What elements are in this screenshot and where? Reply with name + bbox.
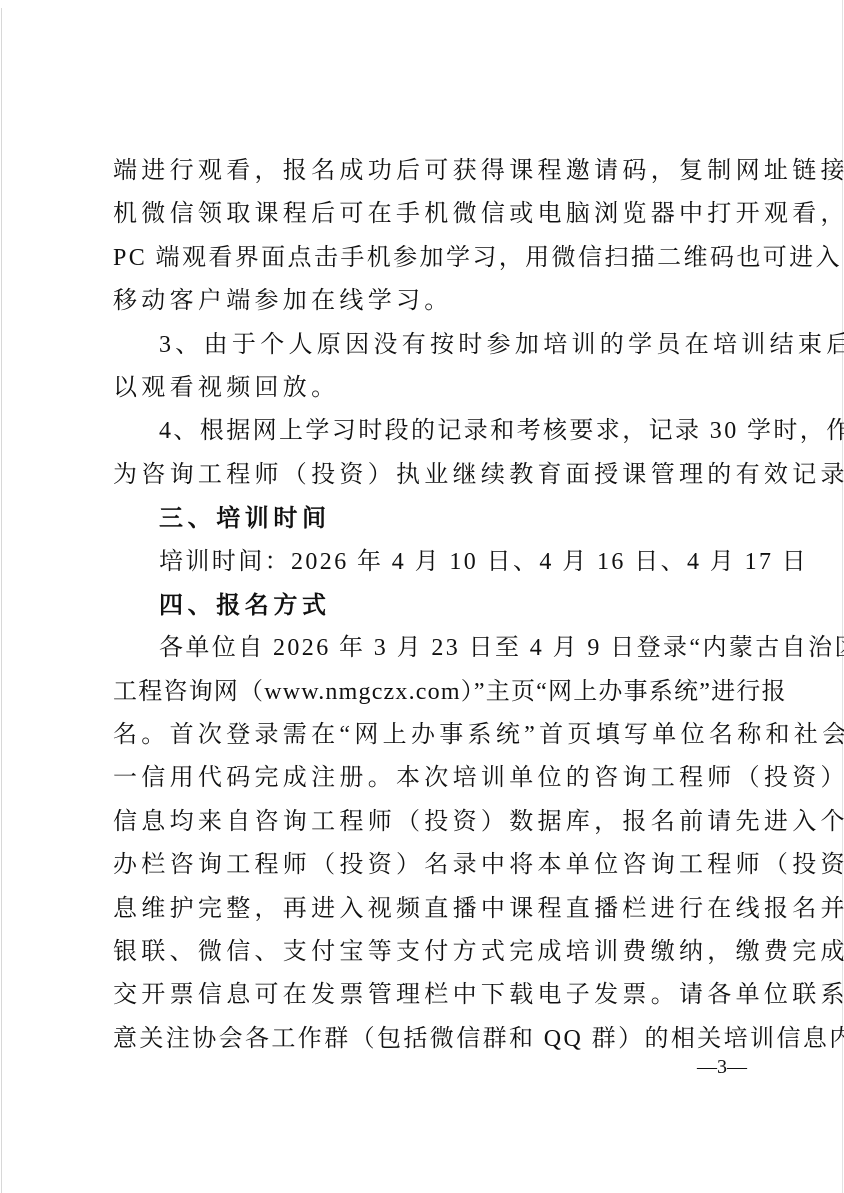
paragraph-line: PC 端观看界面点击手机参加学习，用微信扫描二维码也可进入 bbox=[113, 237, 743, 280]
paragraph-line: 各单位自 2026 年 3 月 23 日至 4 月 9 日登录“内蒙古自治区 bbox=[113, 627, 743, 670]
document-page: 端进行观看，报名成功后可获得课程邀请码，复制网址链接在手 机微信领取课程后可在手… bbox=[0, 0, 844, 1193]
paragraph-line: 为咨询工程师（投资）执业继续教育面授课管理的有效记录。 bbox=[113, 454, 743, 497]
training-dates-line: 培训时间：2026 年 4 月 10 日、4 月 16 日、4 月 17 日 bbox=[113, 541, 743, 584]
paragraph-line: 意关注协会各工作群（包括微信群和 QQ 群）的相关培训信息内 bbox=[113, 1018, 743, 1061]
scan-edge-left bbox=[1, 8, 2, 1193]
paragraph-line: 一信用代码完成注册。本次培训单位的咨询工程师（投资）相关 bbox=[113, 757, 743, 800]
paragraph-line: 工程咨询网（www.nmgczx.com）”主页“网上办事系统”进行报 bbox=[113, 671, 743, 714]
paragraph-line: 名。首次登录需在“网上办事系统”首页填写单位名称和社会统 bbox=[113, 714, 743, 757]
paragraph-line: 机微信领取课程后可在手机微信或电脑浏览器中打开观看，在 bbox=[113, 193, 743, 236]
paragraph-line: 移动客户端参加在线学习。 bbox=[113, 280, 743, 323]
paragraph-line: 交开票信息可在发票管理栏中下载电子发票。请各单位联系人注 bbox=[113, 974, 743, 1017]
section-heading-registration: 四、报名方式 bbox=[113, 584, 743, 627]
paragraph-line: 以观看视频回放。 bbox=[113, 367, 743, 410]
paragraph-line: 端进行观看，报名成功后可获得课程邀请码，复制网址链接在手 bbox=[113, 150, 743, 193]
paragraph-line: 信息均来自咨询工程师（投资）数据库，报名前请先进入个人申 bbox=[113, 801, 743, 844]
paragraph-line: 息维护完整，再进入视频直播中课程直播栏进行在线报名并通过 bbox=[113, 888, 743, 931]
list-item-3: 3、由于个人原因没有按时参加培训的学员在培训结束后可 bbox=[113, 324, 743, 367]
page-number: —3— bbox=[697, 1056, 747, 1079]
paragraph-line: 银联、微信、支付宝等支付方式完成培训费缴纳，缴费完成后提 bbox=[113, 931, 743, 974]
section-heading-training-time: 三、培训时间 bbox=[113, 497, 743, 540]
list-item-4: 4、根据网上学习时段的记录和考核要求，记录 30 学时，作 bbox=[113, 410, 743, 453]
document-body: 端进行观看，报名成功后可获得课程邀请码，复制网址链接在手 机微信领取课程后可在手… bbox=[113, 150, 743, 1061]
paragraph-line: 办栏咨询工程师（投资）名录中将本单位咨询工程师（投资）信 bbox=[113, 844, 743, 887]
